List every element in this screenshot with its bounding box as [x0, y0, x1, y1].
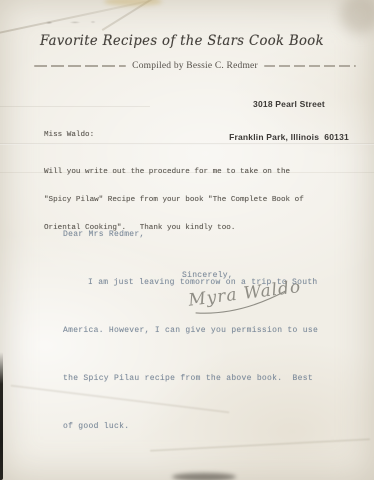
compiled-by-label: Compiled by Bessie C. Redmer	[132, 61, 258, 71]
horizontal-crease-faint	[0, 106, 150, 107]
typed-reply-note: Dear Mrs Redmer, I am just leaving tomor…	[63, 195, 318, 467]
reply-line: of good luck.	[63, 419, 318, 435]
divider-dash-right	[264, 65, 356, 67]
letterhead-divider: Compiled by Bessie C. Redmer	[34, 60, 356, 72]
corner-fold-crease-2	[102, 0, 171, 31]
bottom-edge-smudge	[172, 473, 236, 480]
request-salutation: Miss Waldo:	[44, 131, 304, 140]
signature-text: Myra Waldo	[186, 277, 302, 311]
reply-line: the Spicy Pilau recipe from the above bo…	[63, 371, 318, 387]
reply-salutation: Dear Mrs Redmer,	[63, 227, 318, 243]
scan-edge-shadow	[0, 352, 3, 480]
tape-stain	[104, 0, 162, 6]
request-line: Will you write out the procedure for me …	[44, 168, 304, 177]
pencil-smudge	[42, 18, 102, 26]
corner-fold-crease	[0, 0, 176, 35]
address-line-1: 3018 Pearl Street	[214, 99, 364, 110]
divider-dash-left	[34, 65, 126, 67]
corner-shadow	[340, 0, 374, 34]
reply-line: America. However, I can give you permiss…	[63, 323, 318, 339]
handwritten-signature: Myra Waldo	[183, 274, 333, 322]
signature-svg: Myra Waldo	[183, 274, 333, 322]
letterhead-title: Favorite Recipes of the Stars Cook Book	[40, 33, 324, 49]
scanned-letter-page: Favorite Recipes of the Stars Cook Book …	[0, 0, 374, 480]
